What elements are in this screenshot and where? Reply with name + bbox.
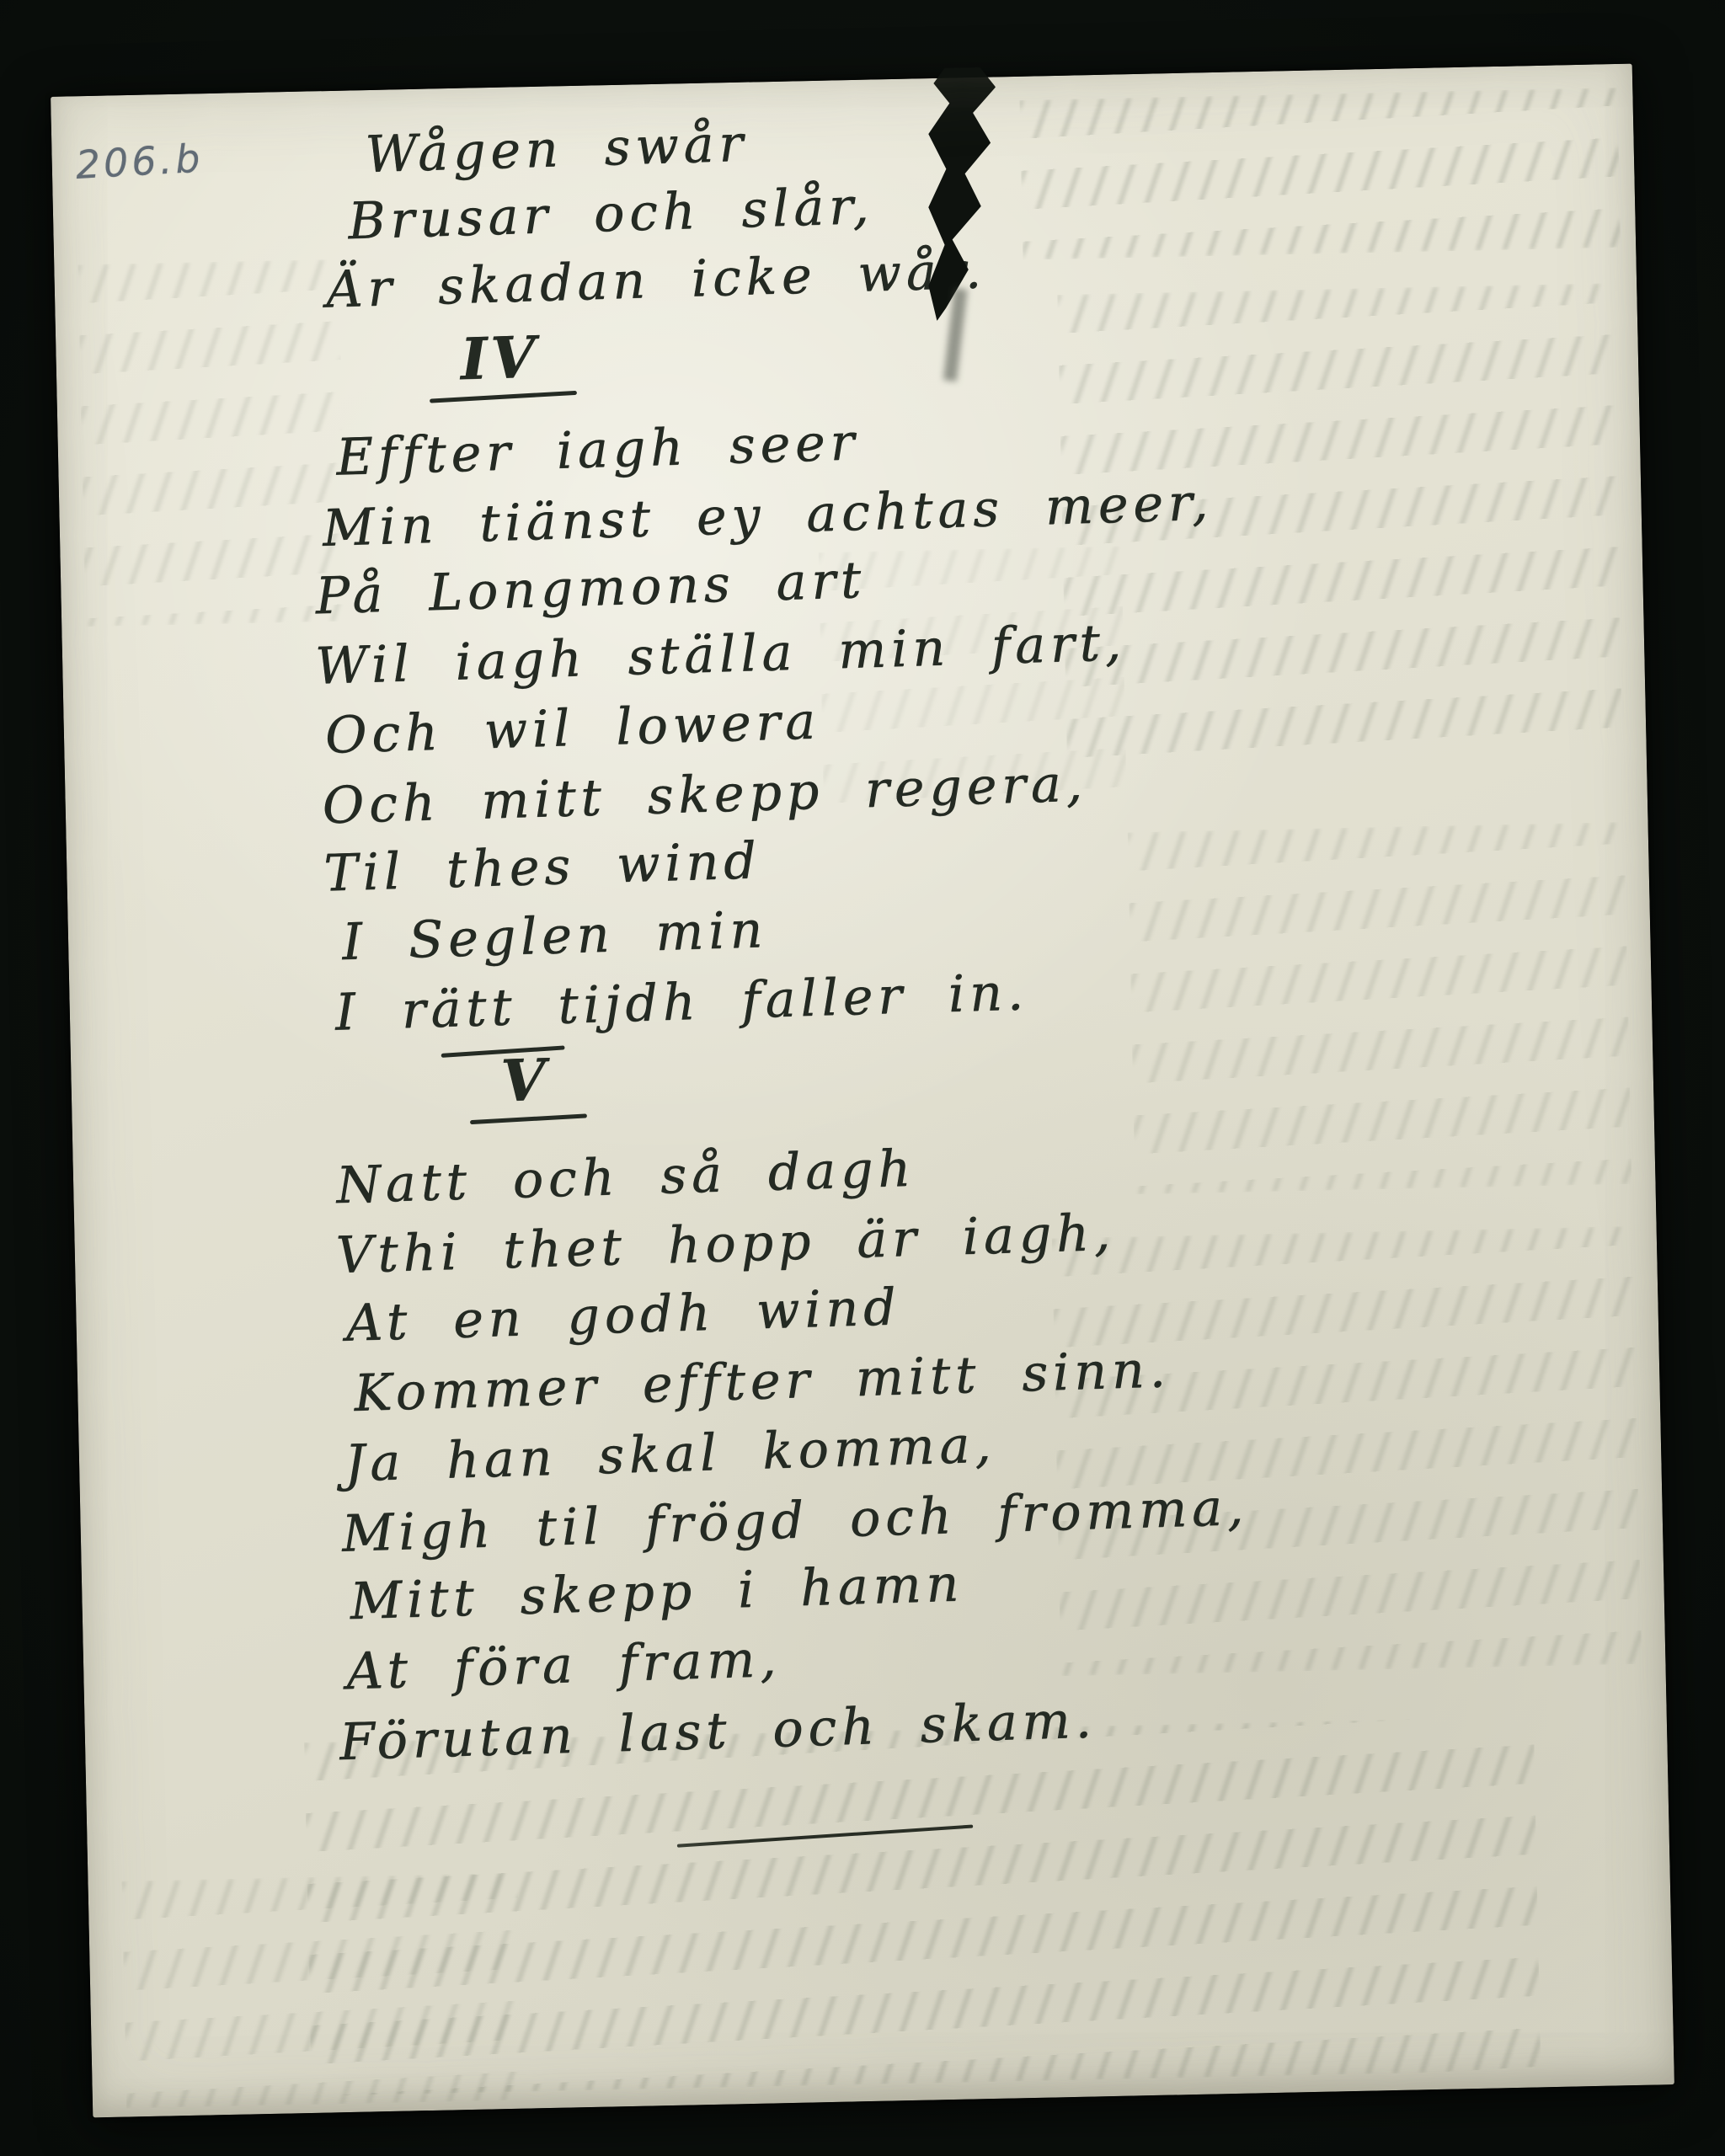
poem-line: Ja han skal komma, — [344, 1415, 996, 1493]
poem-line: I rätt tijdh faller in. — [334, 963, 1029, 1042]
bleed-through-text — [304, 1716, 1541, 2095]
poem-line: Min tiänst ey achtas meer, — [322, 473, 1214, 558]
bleed-through-text — [1019, 88, 1621, 260]
poem-line: At en godh wind — [345, 1278, 902, 1353]
manuscript-page: 206.b Wågen swår Brusar och slår, Är ska… — [51, 64, 1674, 2118]
poem-line: Brusar och slår, — [347, 177, 874, 251]
bleed-through-text — [1128, 822, 1632, 1194]
stanza-heading-iv: IV — [451, 323, 548, 398]
bleed-through-text — [77, 259, 346, 627]
photograph-background: { "page": { "label": "206.b" }, "poem": … — [0, 0, 1725, 2156]
poem-line: Förutan last och skam. — [339, 1690, 1097, 1772]
poem-line: Wågen swår — [365, 115, 749, 184]
poem-line: Mitt skepp i hamn — [350, 1554, 964, 1631]
poem-line: Natt och så dagh — [335, 1139, 916, 1215]
poem-line: Migh til frögd och fromma, — [341, 1478, 1249, 1564]
poem-line: I Seglen min — [341, 900, 768, 972]
poem-line: På Longmons art — [315, 551, 867, 626]
bleed-through-text — [1052, 1226, 1642, 1676]
stanza-heading-v: V — [491, 1046, 558, 1120]
poem-line: Vthi thet hopp är iagh, — [335, 1203, 1116, 1285]
ink-blot-tear — [918, 67, 1001, 321]
bleed-through-text — [121, 1873, 522, 2109]
poem-line: Wil iagh ställa min fart, — [314, 613, 1126, 696]
stanza-number: IV — [451, 323, 548, 398]
archive-number-label: 206.b — [74, 136, 204, 188]
poem-line: Är skadan icke wår. — [325, 241, 987, 319]
poem-line: Och wil lowera — [324, 691, 821, 765]
end-of-poem-rule — [677, 1824, 973, 1847]
poem-line: At föra fram, — [345, 1630, 782, 1701]
poem-line: Kommer effter mitt sinn. — [353, 1340, 1171, 1423]
poem-line: Och mitt skepp regera, — [322, 754, 1088, 835]
poem-line: Til thes wind — [323, 831, 761, 903]
stanza-number: V — [491, 1046, 558, 1120]
poem-line: Effter iagh seer — [335, 413, 860, 487]
